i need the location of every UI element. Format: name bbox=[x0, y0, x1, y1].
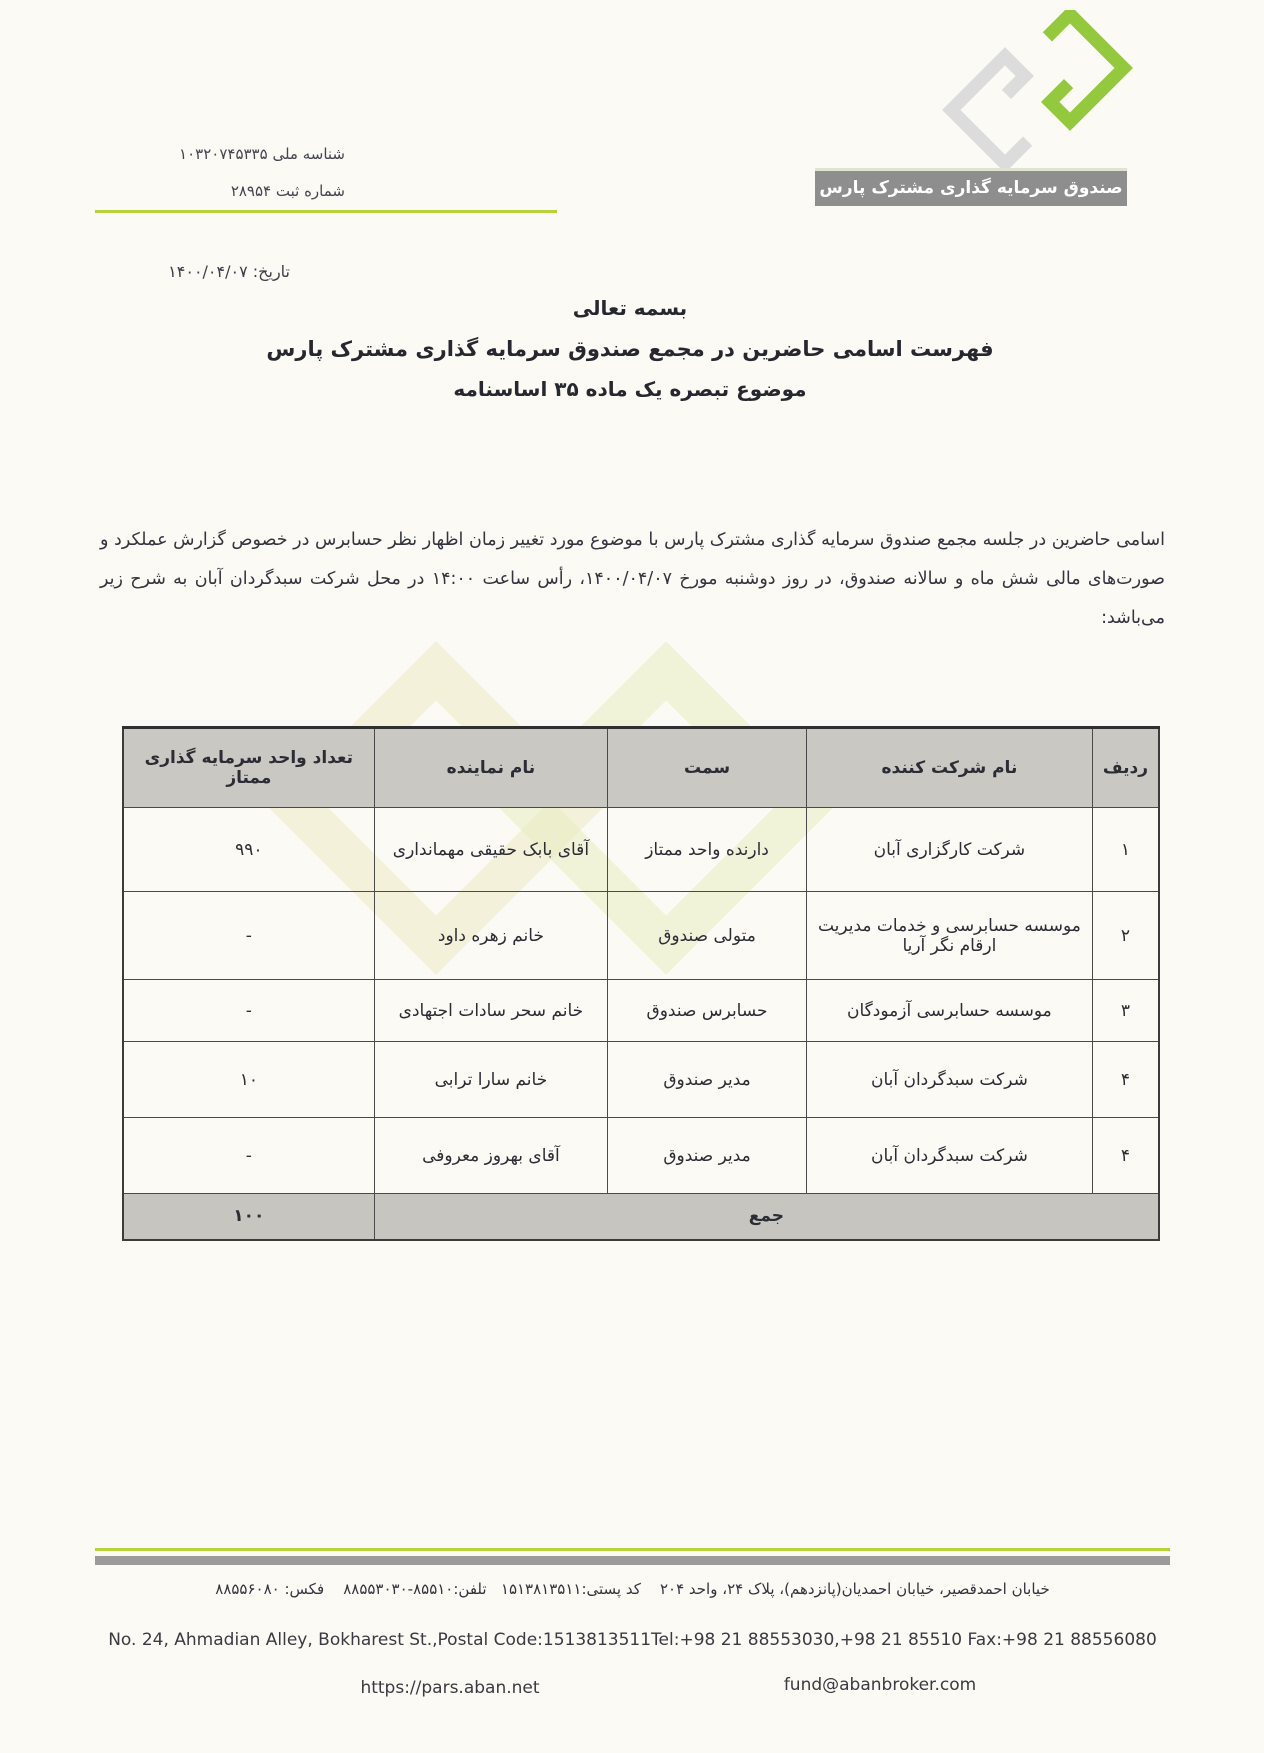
cell-row-number: ۱ bbox=[1092, 808, 1159, 892]
table-header-row: ردیف نام شرکت کننده سمت نام نماینده تعدا… bbox=[123, 728, 1159, 808]
website-url: https://pars.aban.net bbox=[300, 1678, 600, 1698]
national-id-line: شناسه ملی ۱۰۳۲۰۷۴۵۳۳۵ bbox=[95, 136, 345, 173]
cell-row-number: ۴ bbox=[1092, 1118, 1159, 1194]
green-divider-left bbox=[95, 210, 557, 213]
cell-position: حسابرس صندوق bbox=[608, 980, 807, 1042]
cell-company: شرکت کارگزاری آبان bbox=[806, 808, 1092, 892]
page-title: فهرست اسامی حاضرین در مجمع صندوق سرمایه … bbox=[95, 337, 1165, 361]
cell-representative: خانم سارا ترابی bbox=[374, 1042, 607, 1118]
title-block: بسمه تعالی فهرست اسامی حاضرین در مجمع صن… bbox=[95, 296, 1165, 401]
fund-name-banner: صندوق سرمایه گذاری مشترک پارس bbox=[815, 168, 1127, 206]
table-row: ۱ شرکت کارگزاری آبان دارنده واحد ممتاز آ… bbox=[123, 808, 1159, 892]
cell-units: ۱۰ bbox=[123, 1042, 374, 1118]
header-company: نام شرکت کننده bbox=[806, 728, 1092, 808]
cell-company: شرکت سبدگردان آبان bbox=[806, 1042, 1092, 1118]
cell-representative: خانم سحر سادات اجتهادی bbox=[374, 980, 607, 1042]
cell-row-number: ۳ bbox=[1092, 980, 1159, 1042]
table-row: ۲ موسسه حسابرسی و خدمات مدیریت ارقام نگر… bbox=[123, 892, 1159, 980]
header-row-number: ردیف bbox=[1092, 728, 1159, 808]
cell-representative: آقای بهروز معروفی bbox=[374, 1118, 607, 1194]
email-address: fund@abanbroker.com bbox=[720, 1675, 1040, 1695]
cell-company: شرکت سبدگردان آبان bbox=[806, 1118, 1092, 1194]
registration-number-line: شماره ثبت ۲۸۹۵۴ bbox=[95, 173, 345, 210]
cell-company: موسسه حسابرسی و خدمات مدیریت ارقام نگر آ… bbox=[806, 892, 1092, 980]
cell-units: ۹۹۰ bbox=[123, 808, 374, 892]
cell-position: مدیر صندوق bbox=[608, 1042, 807, 1118]
table-row: ۳ موسسه حسابرسی آزمودگان حسابرس صندوق خا… bbox=[123, 980, 1159, 1042]
cell-position: دارنده واحد ممتاز bbox=[608, 808, 807, 892]
cell-company: موسسه حسابرسی آزمودگان bbox=[806, 980, 1092, 1042]
aban-logo-icon bbox=[855, 10, 1175, 170]
table-row: ۴ شرکت سبدگردان آبان مدیر صندوق خانم سار… bbox=[123, 1042, 1159, 1118]
cell-units: - bbox=[123, 892, 374, 980]
address-english: No. 24, Ahmadian Alley, Bokharest St.,Po… bbox=[95, 1630, 1170, 1650]
subject-title: موضوع تبصره یک ماده ۳۵ اساسنامه bbox=[95, 377, 1165, 401]
attendees-table: ردیف نام شرکت کننده سمت نام نماینده تعدا… bbox=[122, 726, 1160, 1241]
cell-position: متولی صندوق bbox=[608, 892, 807, 980]
cell-representative: آقای بابک حقیقی مهمانداری bbox=[374, 808, 607, 892]
footer-gray-divider bbox=[95, 1556, 1170, 1565]
cell-representative: خانم زهره داود bbox=[374, 892, 607, 980]
total-label: جمع bbox=[374, 1194, 1159, 1240]
header-position: سمت bbox=[608, 728, 807, 808]
company-identifiers: شناسه ملی ۱۰۳۲۰۷۴۵۳۳۵ شماره ثبت ۲۸۹۵۴ bbox=[95, 136, 345, 210]
table-total-row: جمع ۱۰۰ bbox=[123, 1194, 1159, 1240]
document-date: تاریخ: ۱۴۰۰/۰۴/۰۷ bbox=[95, 262, 290, 281]
cell-units: - bbox=[123, 980, 374, 1042]
address-persian: خیابان احمدقصیر، خیابان احمدیان(پانزدهم)… bbox=[95, 1580, 1170, 1598]
cell-position: مدیر صندوق bbox=[608, 1118, 807, 1194]
basmala-title: بسمه تعالی bbox=[95, 296, 1165, 320]
total-units-value: ۱۰۰ bbox=[123, 1194, 374, 1240]
header-units: تعداد واحد سرمایه گذاری ممتاز bbox=[123, 728, 374, 808]
cell-units: - bbox=[123, 1118, 374, 1194]
cell-row-number: ۲ bbox=[1092, 892, 1159, 980]
body-paragraph: اسامی حاضرین در جلسه مجمع صندوق سرمایه گ… bbox=[100, 521, 1165, 638]
table-row: ۴ شرکت سبدگردان آبان مدیر صندوق آقای بهر… bbox=[123, 1118, 1159, 1194]
cell-row-number: ۴ bbox=[1092, 1042, 1159, 1118]
header-representative: نام نماینده bbox=[374, 728, 607, 808]
footer-green-divider bbox=[95, 1548, 1170, 1551]
